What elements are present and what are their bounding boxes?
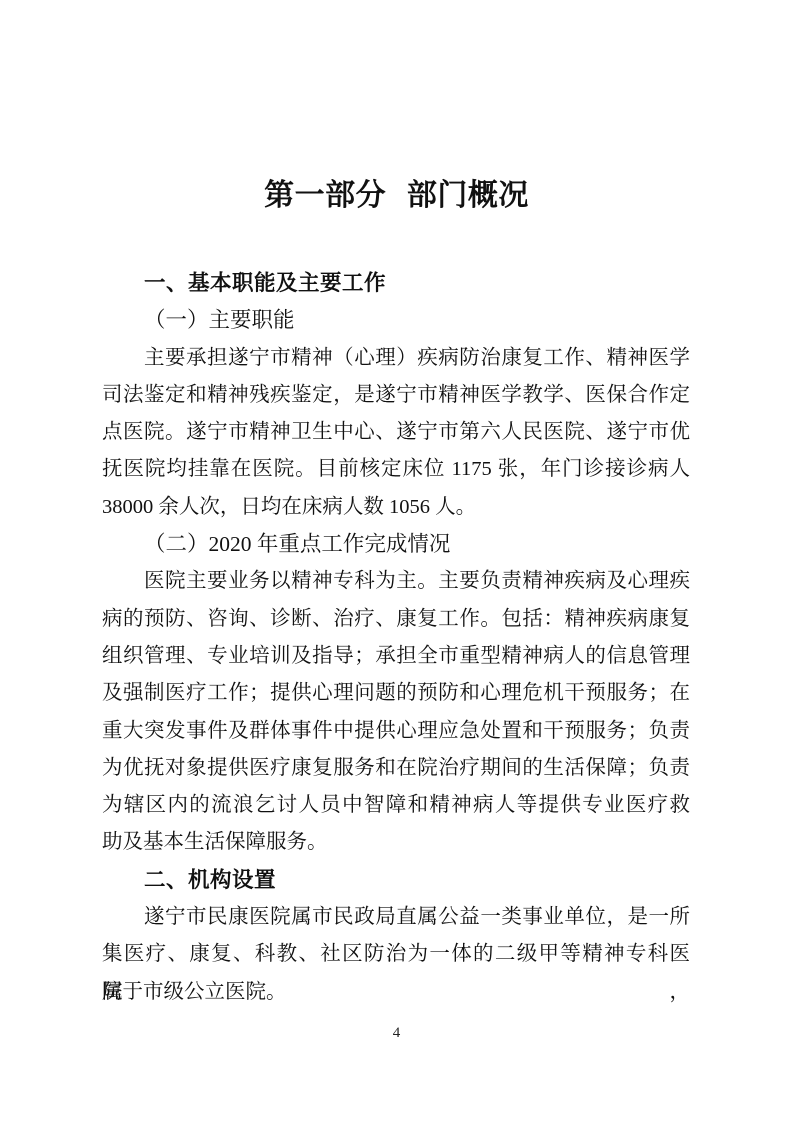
paragraph-line: 助及基本生活保障服务。 [102, 824, 690, 861]
paragraph-line: 及强制医疗工作；提供心理问题的预防和心理危机干预服务；在 [102, 675, 690, 712]
paragraph-line: 主要承担遂宁市精神（心理）疾病防治康复工作、精神医学 [102, 340, 690, 377]
document-page: 第一部分 部门概况 一、基本职能及主要工作 （一）主要职能 主要承担遂宁市精神（… [0, 0, 793, 1122]
document-body: 一、基本职能及主要工作 （一）主要职能 主要承担遂宁市精神（心理）疾病防治康复工… [102, 265, 690, 1011]
paragraph-line: 集医疗、康复、科教、社区防治为一体的二级甲等精神专科医院， [102, 936, 690, 973]
paragraph-line: 司法鉴定和精神残疾鉴定，是遂宁市精神医学教学、医保合作定 [102, 377, 690, 414]
section-heading-basic-functions: 一、基本职能及主要工作 [102, 265, 690, 302]
paragraph-line: 病的预防、咨询、诊断、治疗、康复工作。包括：精神疾病康复 [102, 601, 690, 638]
paragraph-line: 遂宁市民康医院属市民政局直属公益一类事业单位，是一所 [102, 899, 690, 936]
page-title: 第一部分 部门概况 [0, 174, 793, 218]
paragraph-line: 38000 余人次，日均在床病人数 1056 人。 [102, 489, 690, 526]
subsection-heading-main-duties: （一）主要职能 [102, 302, 690, 339]
paragraph-line: 重大突发事件及群体事件中提供心理应急处置和干预服务；负责 [102, 713, 690, 750]
paragraph-line: 组织管理、专业培训及指导；承担全市重型精神病人的信息管理 [102, 638, 690, 675]
subsection-heading-2020-key-work: （二）2020 年重点工作完成情况 [102, 526, 690, 563]
section-heading-organization-setup: 二、机构设置 [102, 862, 690, 899]
paragraph-line: 抚医院均挂靠在医院。目前核定床位 1175 张，年门诊接诊病人 [102, 451, 690, 488]
paragraph-line: 点医院。遂宁市精神卫生中心、遂宁市第六人民医院、遂宁市优 [102, 414, 690, 451]
paragraph-line: 为优抚对象提供医疗康复服务和在院治疗期间的生活保障；负责 [102, 750, 690, 787]
paragraph-line: 为辖区内的流浪乞讨人员中智障和精神病人等提供专业医疗救 [102, 787, 690, 824]
paragraph-line: 医院主要业务以精神专科为主。主要负责精神疾病及心理疾 [102, 563, 690, 600]
page-number: 4 [0, 1023, 793, 1043]
